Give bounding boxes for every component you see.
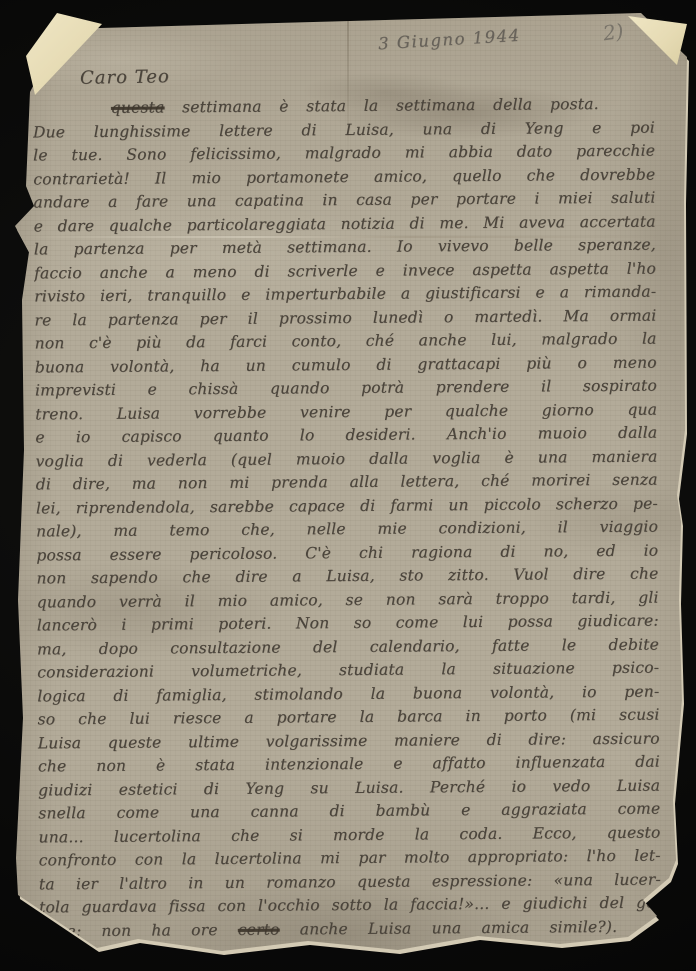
handwritten-text: giudizi estetici di Yeng su Luisa. Perch… [38, 776, 660, 799]
handwritten-text: e io capisco quanto lo desideri. Anch'io… [35, 424, 657, 447]
handwritten-text: lancerò i primi poteri. Non so come lui … [37, 612, 659, 635]
handwritten-text: e dare qualche particolareggiata notizia… [34, 212, 656, 235]
handwritten-text: andare a fare una capatina in casa per p… [33, 189, 655, 212]
handwritten-text: Due lunghissime lettere di Luisa, una di… [33, 118, 655, 141]
handwritten-text: faccio anche a meno di scriverle e invec… [34, 259, 656, 282]
letter-body: questa settimana è stata la settimana de… [33, 93, 662, 944]
handwritten-text: lei, riprendendola, sarebbe capace di fa… [36, 494, 658, 517]
letter-date: 3 Giugno 1944 [378, 26, 522, 54]
handwritten-text: quando verrà il mio amico, se non sarà t… [37, 588, 659, 611]
handwritten-text: confronto con la lucertolina mi par molt… [39, 847, 661, 870]
handwritten-text: rivisto ieri, tranquillo e imperturbabil… [34, 283, 656, 306]
handwritten-text: ma, dopo consultazione del calendario, f… [37, 635, 659, 658]
letter-greeting: Caro Teo [80, 66, 170, 89]
struck-text: certo [238, 920, 280, 938]
handwritten-text: Luisa queste ultime volgarissime maniere… [38, 729, 660, 752]
handwritten-text: treno. Luisa vorrebbe venire per qualche… [35, 400, 657, 423]
handwritten-text: di dire, ma non mi prenda alla lettera, … [36, 471, 658, 494]
handwritten-text: logica di famiglia, stimolando la buona … [37, 682, 659, 705]
handwritten-text: buona volontà, ha un cumulo di grattacap… [35, 353, 657, 376]
handwritten-text: imprevisti e chissà quando potrà prender… [35, 377, 657, 400]
letter-line: questa settimana è stata la settimana de… [111, 93, 599, 120]
handwritten-text: considerazioni volumetriche, studiata la… [37, 659, 659, 682]
letter-line: nere; non ha ore certo anche Luisa una a… [39, 915, 617, 943]
handwritten-text: voglia di vederla (quel muoio dalla vogl… [35, 447, 657, 470]
handwritten-text: le tue. Sono felicissimo, malgrado mi ab… [33, 142, 655, 165]
handwritten-text: non c'è più da farci conto, ché anche lu… [35, 330, 657, 353]
handwritten-text: ta ier l'altro in un romanzo questa espr… [39, 870, 661, 893]
handwritten-text: snella come una canna di bambù e aggrazi… [38, 800, 660, 823]
handwritten-text: anche Luisa una amica simile?). [280, 917, 618, 938]
handwritten-text: re la partenza per il prossimo lunedì o … [34, 306, 656, 329]
photo-background: 3 Giugno 1944 2) Caro Teo questa settima… [0, 0, 696, 971]
struck-text: questa [111, 98, 165, 116]
page-number-annotation: 2) [601, 19, 625, 46]
handwritten-text: so che lui riesce a portare la barca in … [38, 706, 660, 729]
handwritten-text: una... lucertolina che si morde la coda.… [38, 823, 660, 846]
handwritten-text: non sapendo che dire a Luisa, sto zitto.… [36, 565, 658, 588]
handwritten-text: possa essere pericoloso. C'è chi ragiona… [36, 541, 658, 564]
handwritten-text: la partenza per metà settimana. Io vivev… [34, 236, 656, 259]
handwritten-text: nale), ma temo che, nelle mie condizioni… [36, 518, 658, 541]
letter-paper: 3 Giugno 1944 2) Caro Teo questa settima… [0, 0, 696, 971]
handwritten-text: tola guardava fissa con l'occhio sotto l… [39, 894, 661, 917]
handwritten-text: contrarietà! Il mio portamonete amico, q… [33, 165, 655, 188]
handwritten-text: settimana è stata la settimana della pos… [164, 95, 598, 116]
handwritten-text: che non è stata intenzionale e affatto i… [38, 753, 660, 776]
